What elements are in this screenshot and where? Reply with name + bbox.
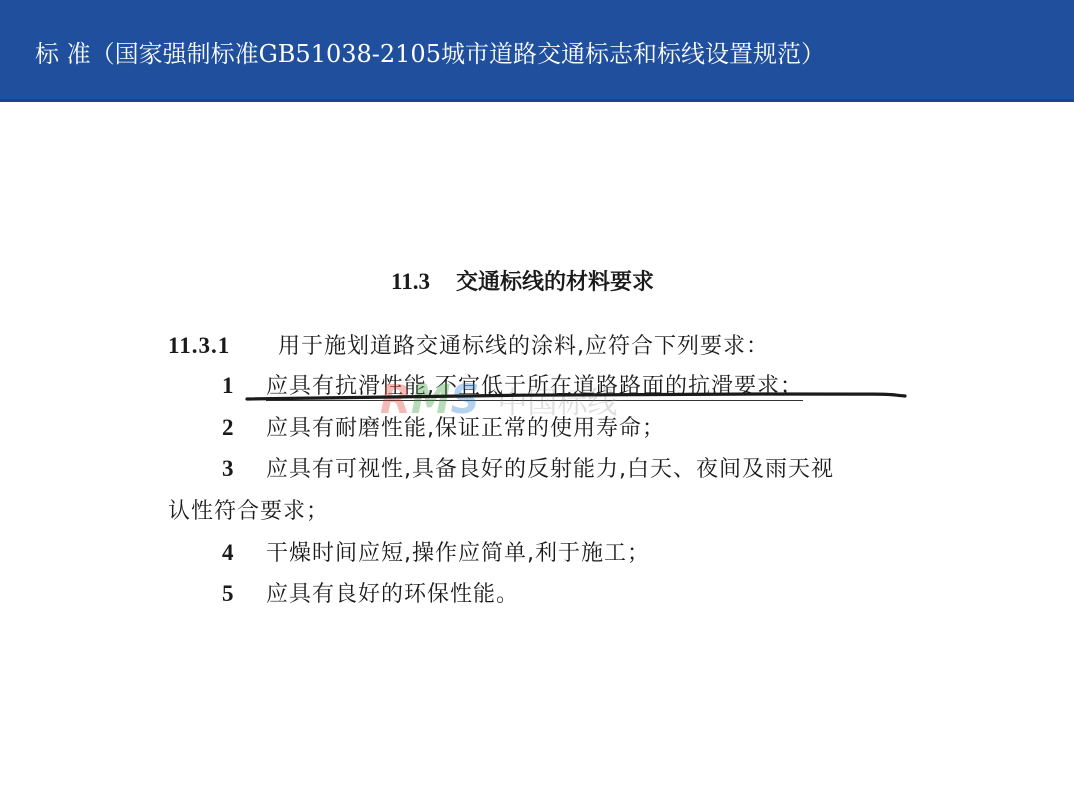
watermark-letter: S (451, 377, 480, 423)
watermark-text: 中国标线 (497, 386, 617, 421)
watermark-letter: M (411, 377, 451, 423)
item-number: 4 (222, 540, 266, 566)
watermark-letter: R (380, 377, 411, 423)
title-bar: 标 准（国家强制标准GB51038-2105城市道路交通标志和标线设置规范） (0, 0, 1074, 102)
watermark: RMS中国标线 (380, 380, 617, 424)
item-number: 5 (222, 581, 266, 607)
list-item-continuation: 认性符合要求； (168, 494, 329, 525)
document-body: 11.3交通标线的材料要求 11.3.1用于施划道路交通标线的涂料,应符合下列要… (0, 102, 1074, 805)
item-number: 1 (222, 373, 266, 399)
list-item: 4干燥时间应短,操作应简单,利于施工； (222, 536, 650, 567)
list-item: 3应具有可视性,具备良好的反射能力,白天、夜间及雨天视 (222, 452, 834, 483)
slide-title: 标 准（国家强制标准GB51038-2105城市道路交通标志和标线设置规范） (35, 34, 825, 69)
clause-line: 11.3.1用于施划道路交通标线的涂料,应符合下列要求： (168, 329, 769, 360)
section-heading: 11.3交通标线的材料要求 (391, 265, 654, 296)
list-item: 5应具有良好的环保性能。 (222, 577, 519, 608)
section-number: 11.3 (391, 269, 430, 294)
item-number: 3 (222, 456, 266, 482)
clause-number: 11.3.1 (168, 333, 278, 359)
item-text: 应具有良好的环保性能。 (266, 582, 519, 607)
item-number: 2 (222, 415, 266, 441)
clause-text: 用于施划道路交通标线的涂料,应符合下列要求： (278, 334, 769, 359)
section-title: 交通标线的材料要求 (456, 270, 654, 295)
item-text: 应具有可视性,具备良好的反射能力,白天、夜间及雨天视 (266, 457, 834, 482)
item-text: 干燥时间应短,操作应简单,利于施工； (266, 541, 650, 566)
